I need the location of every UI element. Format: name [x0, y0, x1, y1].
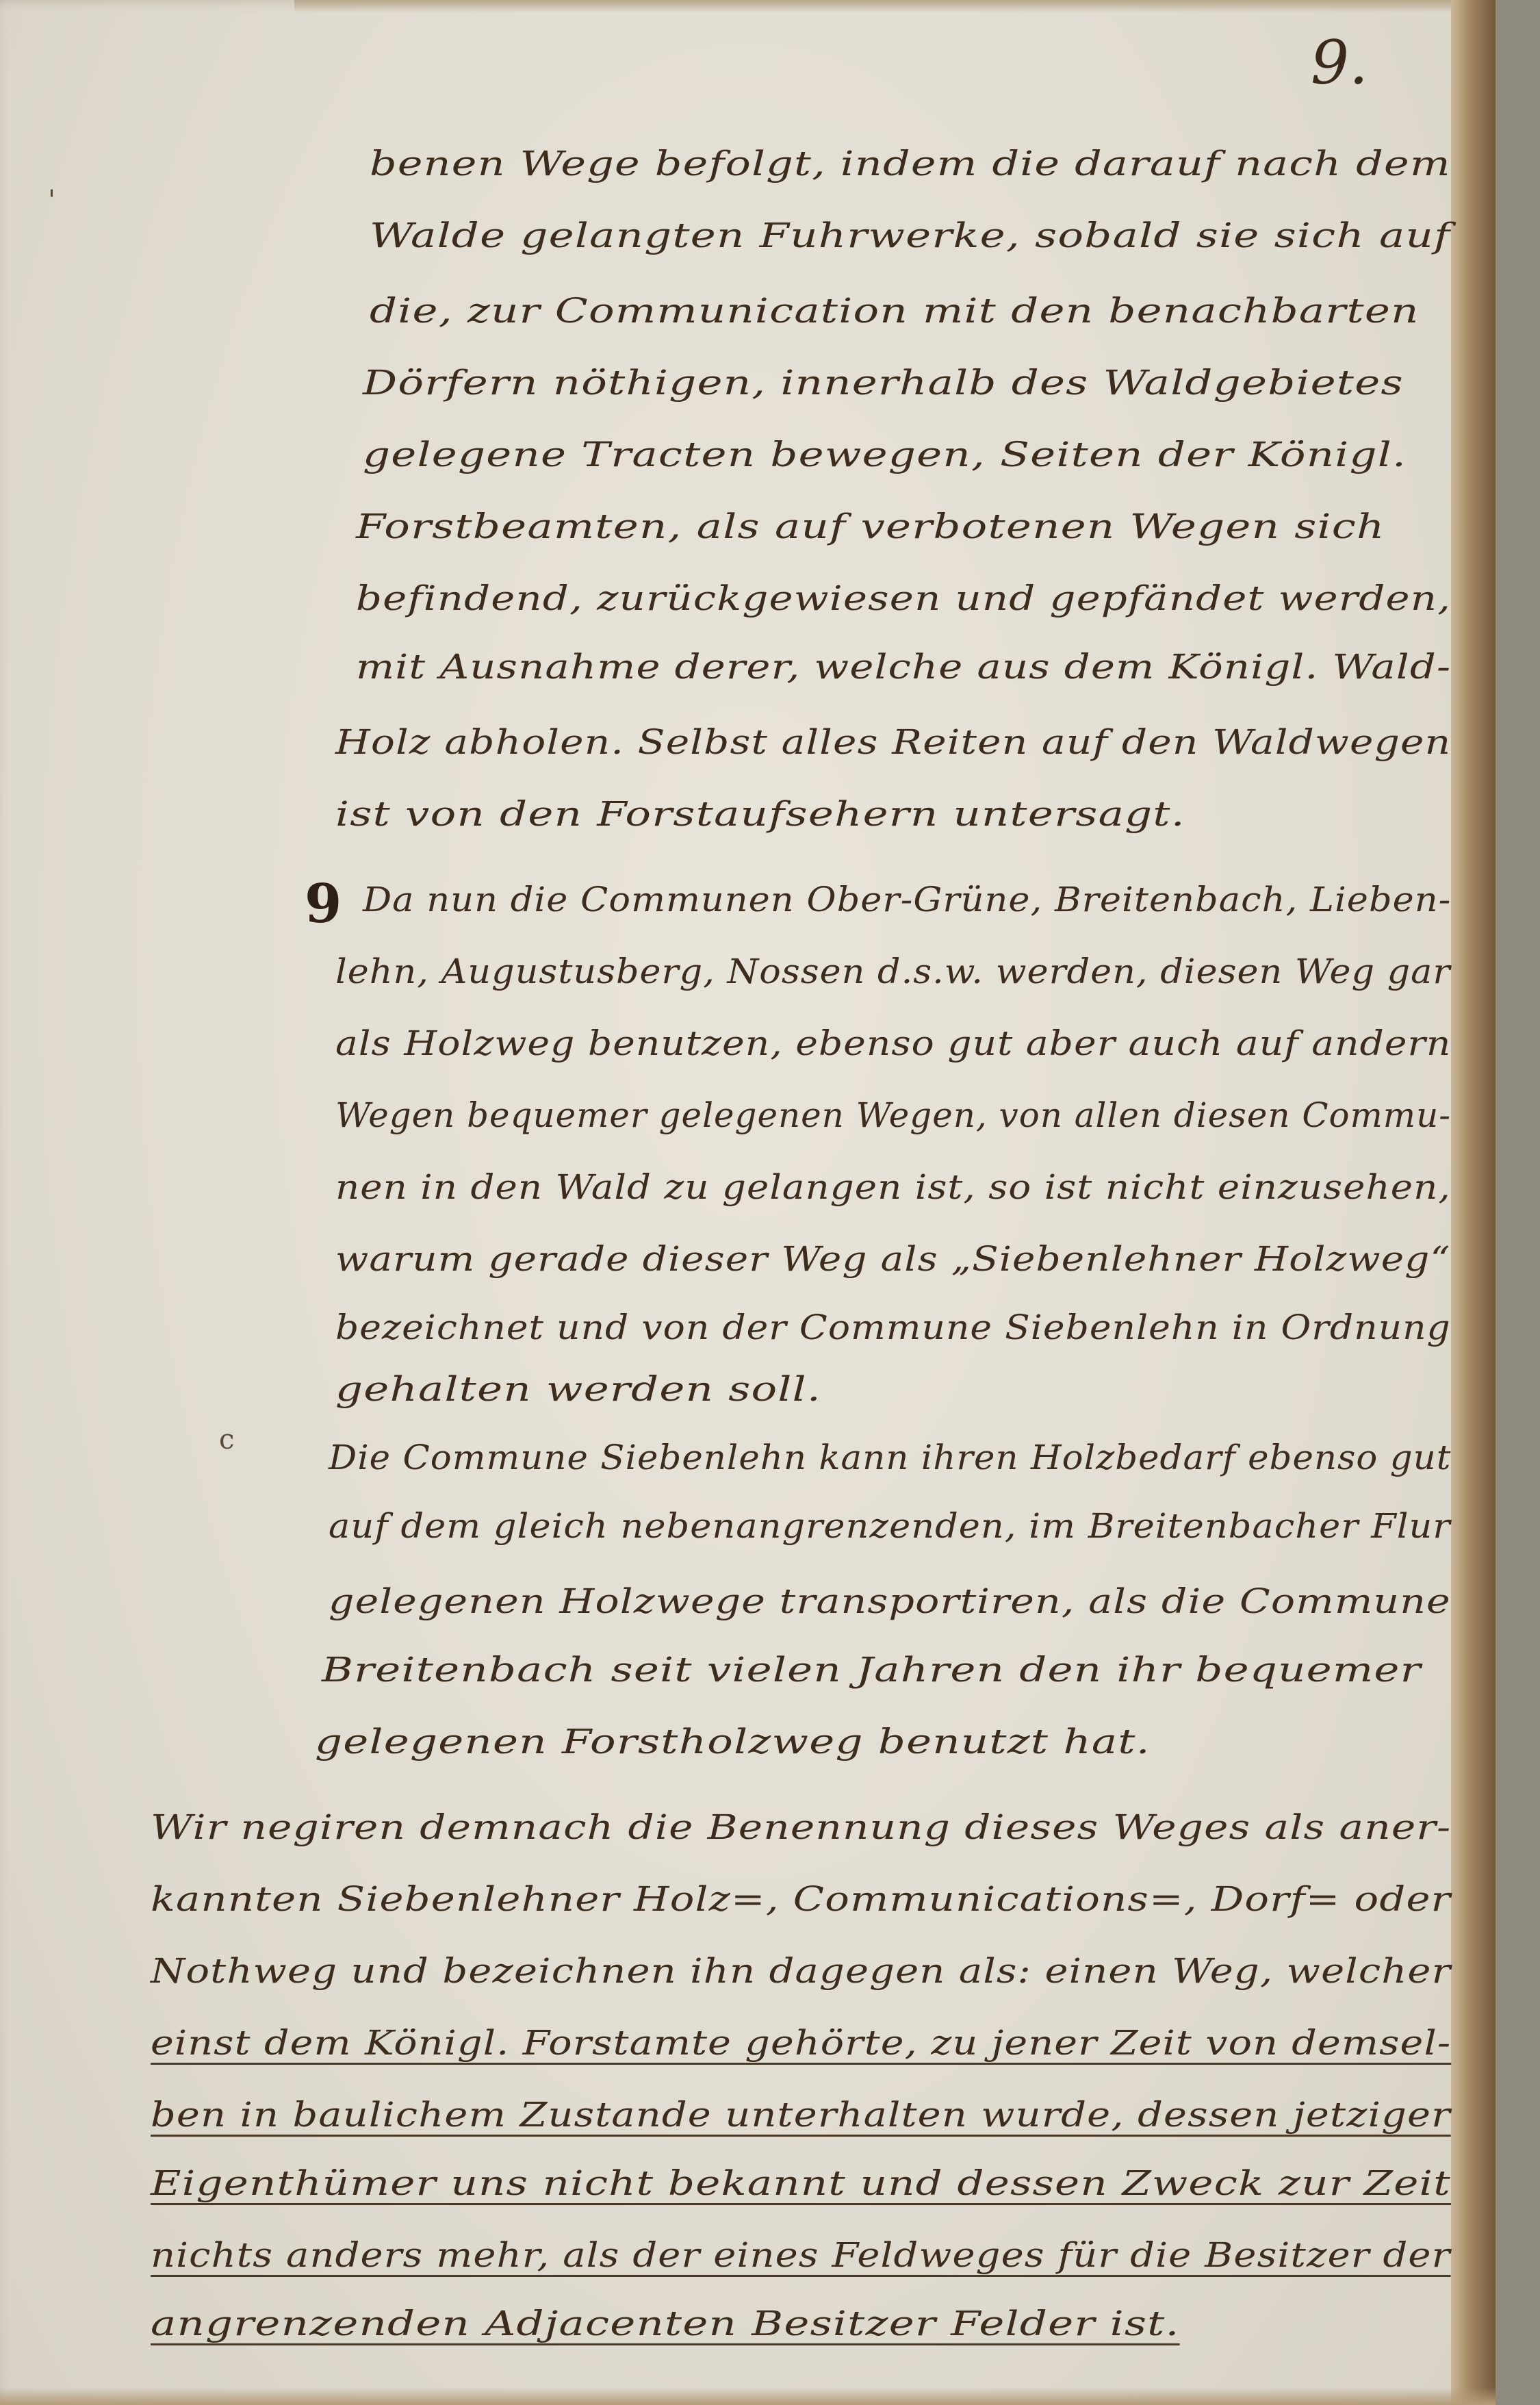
manuscript-line-underlined: ben in baulichem Zustande unterhalten wu… [151, 2095, 1451, 2135]
page-edge-right [1451, 0, 1496, 2405]
manuscript-line: Die Commune Siebenlehn kann ihren Holzbe… [329, 1438, 1451, 1477]
manuscript-line: Wegen bequemer gelegenen Wegen, von alle… [335, 1095, 1451, 1135]
manuscript-line: mit Ausnahme derer, welche aus dem König… [356, 647, 1451, 687]
page-number: 9. [1311, 27, 1368, 98]
margin-tick-mark: ' [48, 185, 55, 216]
manuscript-line: Da nun die Communen Ober-Grüne, Breitenb… [363, 880, 1451, 919]
manuscript-line: ist von den Forstaufsehern untersagt. [335, 794, 1185, 834]
manuscript-line-underlined: nichts anders mehr, als der eines Feldwe… [151, 2235, 1450, 2275]
manuscript-line: bezeichnet und von der Commune Siebenleh… [335, 1308, 1451, 1347]
manuscript-line: Dörfern nöthigen, innerhalb des Waldgebi… [363, 363, 1404, 403]
manuscript-line: warum gerade dieser Weg als „Siebenlehne… [335, 1239, 1450, 1279]
manuscript-line: gehalten werden soll. [335, 1369, 821, 1409]
manuscript-line: die, zur Communication mit den benachbar… [370, 291, 1420, 331]
manuscript-line: auf dem gleich nebenangrenzenden, im Bre… [329, 1506, 1451, 1546]
manuscript-line: kannten Siebenlehner Holz=, Communicatio… [151, 1879, 1451, 1919]
paragraph-marker: 9 [305, 873, 342, 935]
manuscript-page: 9. ' c 9 benen Wege befolgt, indem die d… [0, 0, 1496, 2405]
manuscript-line-underlined: angrenzenden Adjacenten Besitzer Felder … [151, 2304, 1180, 2343]
manuscript-line: Breitenbach seit vielen Jahren den ihr b… [322, 1650, 1422, 1690]
manuscript-line: gelegenen Holzwege transportiren, als di… [329, 1581, 1451, 1621]
manuscript-line: befindend, zurückgewiesen und gepfändet … [356, 578, 1451, 618]
manuscript-line: als Holzweg benutzen, ebenso gut aber au… [335, 1023, 1451, 1063]
manuscript-line: Forstbeamten, als auf verbotenen Wegen s… [356, 507, 1385, 546]
manuscript-line-underlined: Eigenthümer uns nicht bekannt und dessen… [151, 2163, 1451, 2203]
page-edge-bottom [0, 2387, 1496, 2405]
margin-tick-mark: c [219, 1424, 234, 1455]
manuscript-line: Nothweg und bezeichnen ihn dagegen als: … [151, 1951, 1451, 1991]
manuscript-line: gelegene Tracten bewegen, Seiten der Kön… [363, 435, 1407, 474]
manuscript-line: Holz abholen. Selbst alles Reiten auf de… [335, 722, 1451, 762]
manuscript-line-underlined: einst dem Königl. Forstamte gehörte, zu … [151, 2023, 1451, 2063]
manuscript-line: Walde gelangten Fuhrwerke, sobald sie si… [370, 216, 1450, 255]
manuscript-line: benen Wege befolgt, indem die darauf nac… [370, 144, 1451, 183]
manuscript-line: nen in den Wald zu gelangen ist, so ist … [335, 1167, 1451, 1207]
manuscript-line: Wir negiren demnach die Benennung dieses… [151, 1807, 1451, 1847]
manuscript-line: lehn, Augustusberg, Nossen d.s.w. werden… [335, 952, 1450, 991]
page-edge-top [294, 0, 1458, 12]
manuscript-line: gelegenen Forstholzweg benutzt hat. [315, 1722, 1151, 1761]
